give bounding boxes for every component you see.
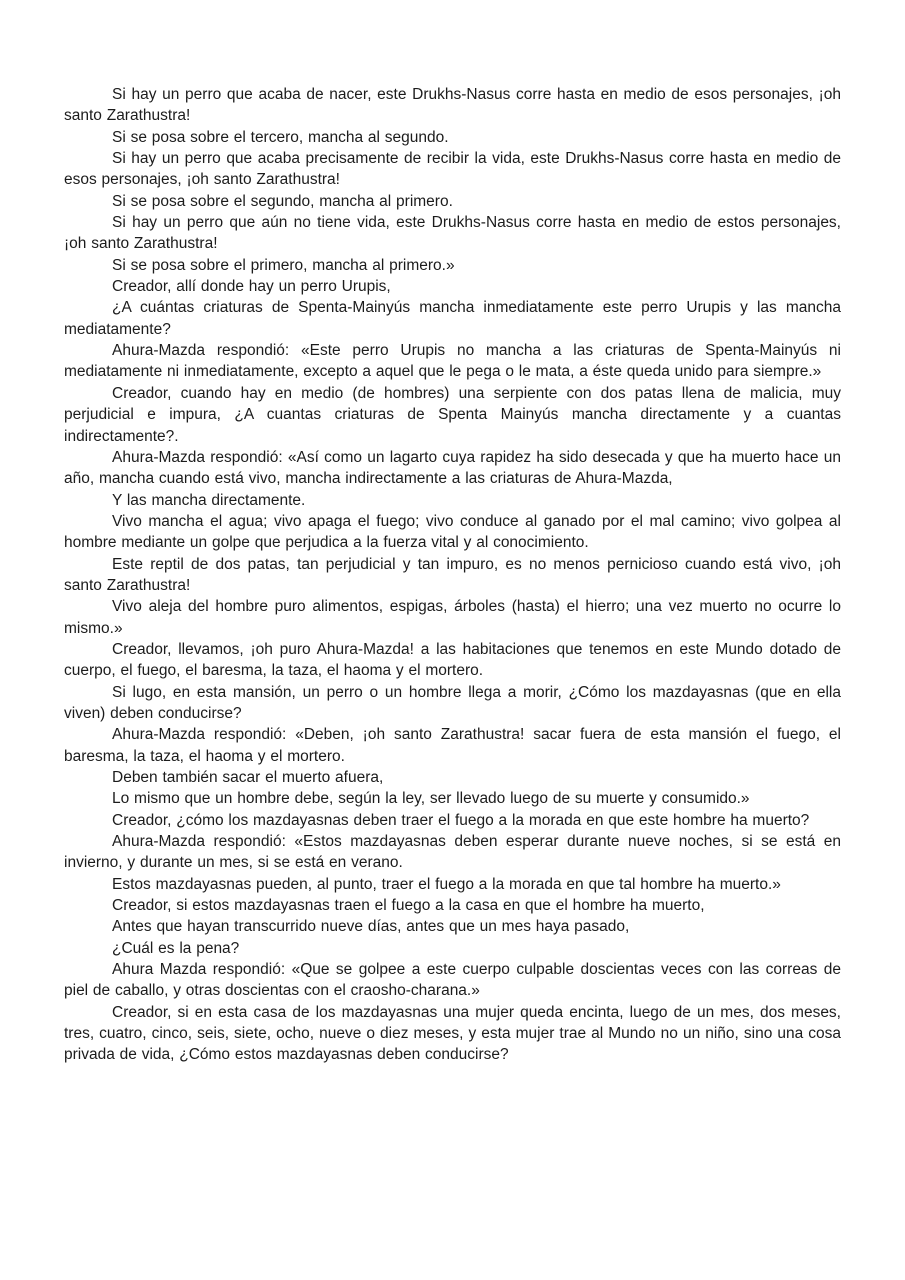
paragraph: ¿A cuántas criaturas de Spenta-Mainyús m… (64, 297, 841, 340)
paragraph: Antes que hayan transcurrido nueve días,… (64, 916, 841, 937)
paragraph: Creador, cuando hay en medio (de hombres… (64, 383, 841, 447)
paragraph: Y las mancha directamente. (64, 490, 841, 511)
paragraph: ¿Cuál es la pena? (64, 938, 841, 959)
paragraph: Si se posa sobre el segundo, mancha al p… (64, 191, 841, 212)
paragraph: Creador, si estos mazdayasnas traen el f… (64, 895, 841, 916)
paragraph: Si hay un perro que acaba precisamente d… (64, 148, 841, 191)
paragraph: Ahura-Mazda respondió: «Este perro Urupi… (64, 340, 841, 383)
paragraph: Si se posa sobre el primero, mancha al p… (64, 255, 841, 276)
paragraph: Creador, allí donde hay un perro Urupis, (64, 276, 841, 297)
paragraph: Vivo aleja del hombre puro alimentos, es… (64, 596, 841, 639)
paragraph: Ahura Mazda respondió: «Que se golpee a … (64, 959, 841, 1002)
paragraph: Ahura-Mazda respondió: «Así como un laga… (64, 447, 841, 490)
paragraph: Vivo mancha el agua; vivo apaga el fuego… (64, 511, 841, 554)
paragraph: Si hay un perro que aún no tiene vida, e… (64, 212, 841, 255)
paragraph: Si se posa sobre el tercero, mancha al s… (64, 127, 841, 148)
paragraph: Creador, ¿cómo los mazdayasnas deben tra… (64, 810, 841, 831)
paragraph: Si hay un perro que acaba de nacer, este… (64, 84, 841, 127)
document-viewport: { "doc": { "language": "es", "paragraphs… (0, 0, 905, 1280)
paragraph: Este reptil de dos patas, tan perjudicia… (64, 554, 841, 597)
paragraph: Deben también sacar el muerto afuera, (64, 767, 841, 788)
paragraph: Ahura-Mazda respondió: «Estos mazdayasna… (64, 831, 841, 874)
paragraph: Creador, llevamos, ¡oh puro Ahura-Mazda!… (64, 639, 841, 682)
paragraph: Estos mazdayasnas pueden, al punto, trae… (64, 874, 841, 895)
paragraph: Lo mismo que un hombre debe, según la le… (64, 788, 841, 809)
paragraph: Ahura-Mazda respondió: «Deben, ¡oh santo… (64, 724, 841, 767)
paragraph: Creador, si en esta casa de los mazdayas… (64, 1002, 841, 1066)
paragraph: Si lugo, en esta mansión, un perro o un … (64, 682, 841, 725)
document-page: Si hay un perro que acaba de nacer, este… (0, 0, 905, 1280)
